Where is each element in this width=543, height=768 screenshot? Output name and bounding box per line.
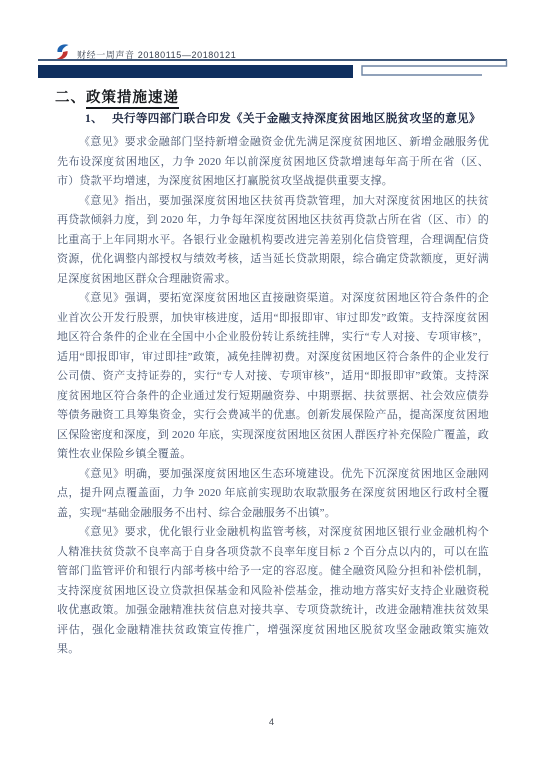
item-title: 央行等四部门联合印发《关于金融支持深度贫困地区脱贫攻坚的意见》 (112, 113, 481, 125)
item-heading: 1、央行等四部门联合印发《关于金融支持深度贫困地区脱贫攻坚的意见》 (85, 110, 481, 126)
header-rule (38, 59, 507, 61)
article-paragraph: 《意见》强调，要拓宽深度贫困地区直接融资渠道。对深度贫困地区符合条件的企业首次公… (57, 289, 489, 465)
item-number: 1、 (85, 113, 103, 125)
article-paragraph: 《意见》要求金融部门坚持新增金融资金优先满足深度贫困地区、新增金融服务优先布设深… (57, 133, 489, 192)
page-number: 4 (0, 717, 543, 728)
section-number: 二、 (55, 90, 86, 106)
section-heading: 二、政策措施速递 (55, 86, 179, 107)
accent-bar (38, 65, 353, 78)
document-page: 财经一周声音 20180115—20180121 二、政策措施速递 1、央行等四… (0, 0, 543, 768)
article-paragraph: 《意见》指出，要加强深度贫困地区扶贫再贷款管理，加大对深度贫困地区的扶贫再贷款倾… (57, 192, 489, 290)
article-body: 《意见》要求金融部门坚持新增金融资金优先满足深度贫困地区、新增金融服务优先布设深… (57, 133, 489, 660)
section-title: 政策措施速递 (86, 90, 179, 109)
article-paragraph: 《意见》要求，优化银行业金融机构监管考核，对深度贫困地区银行业金融机构个人精准扶… (57, 523, 489, 660)
article-paragraph: 《意见》明确，要加强深度贫困地区生态环境建设。优先下沉深度贫困地区金融网点，提升… (57, 465, 489, 524)
